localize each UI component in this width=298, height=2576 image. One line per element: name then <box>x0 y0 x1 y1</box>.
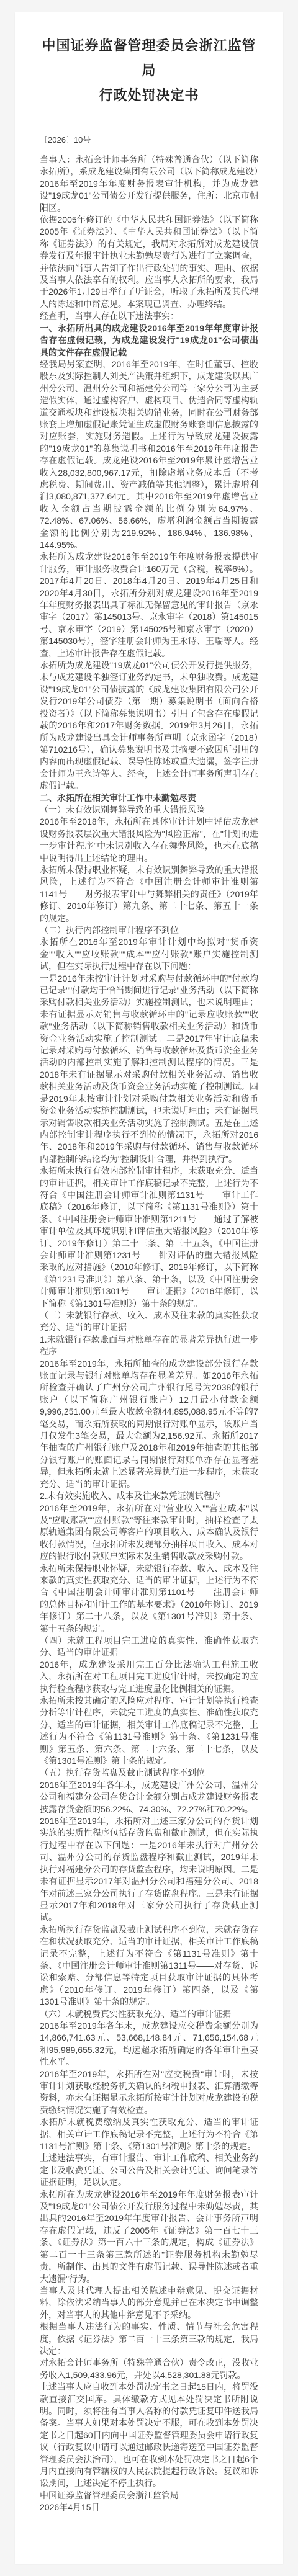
paragraph: 永拓所为成龙建设2016年至2019年年度财务报表提供审计服务，审计服务收费合计… <box>40 551 258 660</box>
section-heading: 二、永拓所在相关审计工作中未勤勉尽责 <box>40 792 258 804</box>
paragraph: 2016年至2018年，永拓所在具体审计计划中评估成龙建设财务报表层次重大错报风… <box>40 816 258 864</box>
paragraph: 永拓所未保持职业怀疑，未就银行存款、收入、成本及往来款的真实性获取充分、适当的审… <box>40 1563 258 1635</box>
paragraph: 2.未有效实施收入、成本及往来款凭证测试程序 <box>40 1490 258 1502</box>
paragraph: 永拓所为成龙建设"19成龙01"公司债公开发行提供服务，未与成龙建设单独签订业务… <box>40 660 258 792</box>
paragraph: 根据当事人违法行为的事实、性质、情节与社会危害程度，依据《证券法》第二百一十三条… <box>40 2321 258 2357</box>
paragraph: 当事人：永拓会计师事务所（特殊普通合伙）（以下简称永拓所），系成龙建设集团有限公… <box>40 154 258 214</box>
paragraph: 2016年至2019年，永拓所在对"营业收入""营业成本"以及"应收账款""应付… <box>40 1503 258 1563</box>
document-number: 〔2026〕10号 <box>40 133 258 145</box>
paragraph: 2016年至2019年，永拓所抽查的成龙建设部分银行存款账面记录与银行对账单均存… <box>40 1358 258 1490</box>
paragraph: （四）未就工程项目完工进度的真实性、准确性获取充分、适当的审计证据 <box>40 1635 258 1659</box>
paragraph: 2016年至2019年，永拓所对上述三家分公司的存货计划实施的实质性程序包括存货… <box>40 1815 258 1924</box>
paragraph: 2026年4月15日 <box>40 2502 258 2513</box>
paragraph: （二）执行内部控制审计程序不到位 <box>40 924 258 936</box>
paragraph: 中国证券监督管理委员会浙江监管局 <box>40 2490 258 2502</box>
paragraph: 对永拓会计师事务所（特殊普通合伙）责令改正，没收业务收入1,509,433.96… <box>40 2357 258 2381</box>
paragraph: （五）执行存货监盘及截止测试程序不到位 <box>40 1767 258 1779</box>
paragraph: 2016年至2019年，永拓所在对"应交税费"审计时，未按审计计划获取经税务机关… <box>40 2068 258 2117</box>
document-title: 中国证券监督管理委员会浙江监管局 行政处罚决定书 <box>40 34 258 109</box>
paragraph: 永拓所未按其确定的风险应对程序、审计计划等执行检查分析等审计程序，未就完工进度的… <box>40 1695 258 1767</box>
paragraph: 上述当事人应自收到本处罚决定书之日起15日内，将罚没款直接汇交国库。具体缴款方式… <box>40 2381 258 2490</box>
paragraph: 经我局另案查明，2016年至2019年，在时任董事、控股股东及实际控制人刘美产决… <box>40 359 258 552</box>
paragraph: 经查明，当事人存在以下违法事实： <box>40 310 258 322</box>
page-background: 中国证券监督管理委员会浙江监管局 行政处罚决定书 〔2026〕10号 当事人：永… <box>0 0 298 2576</box>
paragraph: 永拓所在2016年至2019年审计计划中均拟对"货币资金""收入""应收账款""… <box>40 936 258 972</box>
document-title-line-2: 行政处罚决定书 <box>40 83 258 108</box>
paragraph: 2016年，成龙建设采用完工百分比法确认工程施工收入，永拓所在对工程项目完工进度… <box>40 1659 258 1695</box>
document-title-line-1: 中国证券监督管理委员会浙江监管局 <box>40 34 258 83</box>
paragraph: 永拓所未执行有效内部控制审计程序，未获取充分、适当的审计证据，相关审计工作底稿记… <box>40 1165 258 1310</box>
paragraph: 永拓所执行存货监盘及截止测试程序不到位，未就存货存在和状况获取充分、适当的审计证… <box>40 1924 258 2008</box>
title-divider <box>40 117 258 117</box>
paragraph: 2016年至2019年各年末，成龙建设应交税费余额分别为14,866,741.6… <box>40 2020 258 2068</box>
paragraph: 依据2005年修订的《中华人民共和国证券法》（以下简称2005年《证券法》）、《… <box>40 214 258 310</box>
paragraph: 上述违法事实，有审计报告、审计工作底稿、相关业务约定书及收费凭证、公司公告及相关… <box>40 2152 258 2188</box>
section-heading: 一、永拓所出具的成龙建设2016年至2019年年度审计报告存在虚假记载，为成龙建… <box>40 323 258 359</box>
paragraph: 2016年至2019年各年末，成龙建设广州分公司、温州分公司和福建分公司存货合计… <box>40 1779 258 1815</box>
paragraph: （一）未有效识别舞弊导致的重大错报风险 <box>40 804 258 816</box>
paragraph: 永拓所在为成龙建设2016年至2019年年度财务报表审计及"19成龙01"公司债… <box>40 2189 258 2285</box>
document-card: 中国证券监督管理委员会浙江监管局 行政处罚决定书 〔2026〕10号 当事人：永… <box>15 12 283 2564</box>
paragraph: （六）未就税费真实性获取充分、适当的审计证据 <box>40 2008 258 2020</box>
paragraph: 永拓所未就税费缴纳及真实性获取充分、适当的审计证据，相关审计工作底稿记录不完整，… <box>40 2116 258 2152</box>
paragraph: 永拓所未保持职业怀疑，未有效识别舞弊导致的重大错报风险，上述行为不符合《中国注册… <box>40 864 258 924</box>
paragraph: 1.未就银行存款账面与对账单存在的显著差异执行进一步程序 <box>40 1334 258 1358</box>
paragraph: 当事人及其代理人提出相关陈述申辩意见、提交证据材料，除依法采纳当事人的部分意见并… <box>40 2285 258 2321</box>
paragraph: （三）未就银行存款、收入、成本及往来款的真实性获取充分、适当的审计证据 <box>40 1310 258 1334</box>
document-body: 当事人：永拓会计师事务所（特殊普通合伙）（以下简称永拓所），系成龙建设集团有限公… <box>40 154 258 2514</box>
paragraph: 一是2016年未按审计计划对采购与付款循环中的"付款均已记录""付款均于恰当期间… <box>40 973 258 1166</box>
